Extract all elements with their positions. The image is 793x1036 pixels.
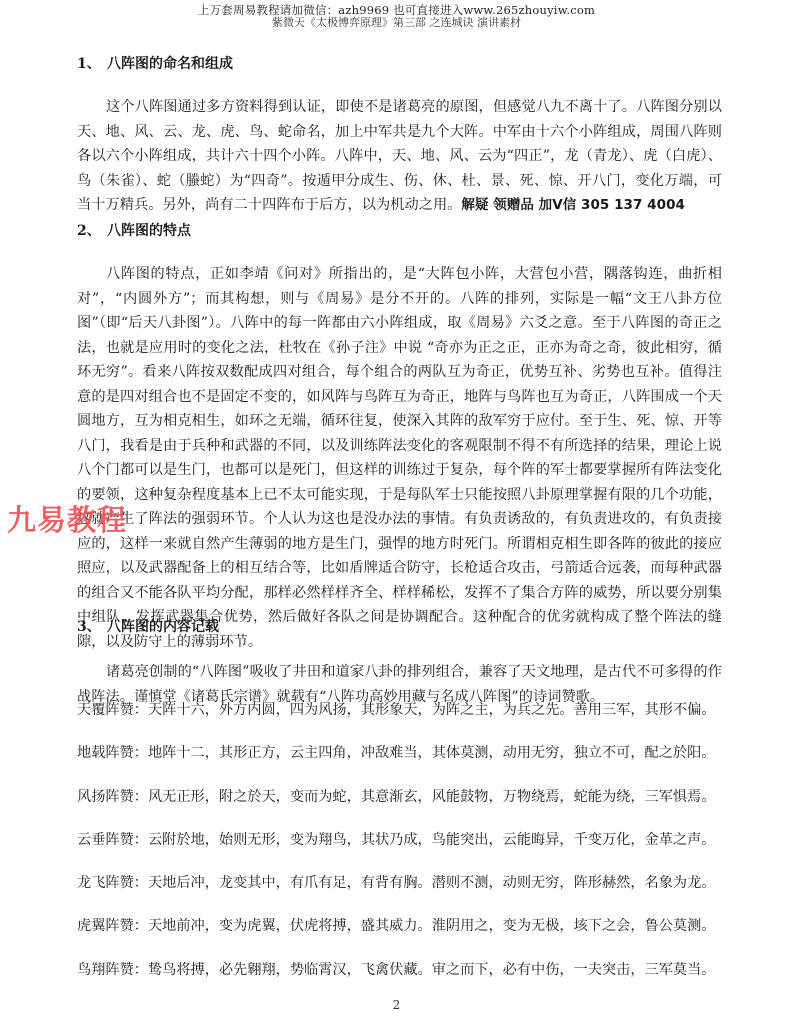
- section-heading-records: 3、八阵图的内容记载: [77, 618, 219, 636]
- verse-name: 虎翼阵赞：: [77, 918, 148, 934]
- verse-name: 风扬阵赞：: [77, 789, 148, 805]
- page-header: 上万套周易教程请加微信：azh9969 也可直接进入www.265zhouyiw…: [0, 5, 793, 28]
- paragraph-text: 这个八阵图通过多方资料得到认证，即使不是诸葛亮的原图，但感觉八九不离十了。八阵图…: [77, 99, 722, 213]
- verse-list: 天覆阵赞：天阵十六，外方内圆，四为风扬，其形象天，为阵之主，为兵之先。善用三军，…: [77, 701, 715, 1004]
- verse-name: 地载阵赞：: [77, 745, 148, 761]
- section-heading-naming: 1、八阵图的命名和组成: [77, 55, 233, 73]
- verse-tianfu: 天覆阵赞：天阵十六，外方内圆，四为风扬，其形象天，为阵之主，为兵之先。善用三军，…: [77, 701, 715, 744]
- verse-name: 鸟翔阵赞：: [77, 962, 148, 978]
- verse-dizai: 地载阵赞：地阵十二，其形正方，云主四角，冲敌难当，其体莫测，动用无穷，独立不可，…: [77, 744, 715, 787]
- section-title: 八阵图的内容记载: [107, 619, 219, 635]
- verse-text: 风无正形，附之於天，变而为蛇，其意渐玄，风能鼓物，万物绕焉，蛇能为绕，三军惧焉。: [148, 789, 716, 805]
- verse-text: 云附於地，始则无形，变为翔鸟，其状乃成，鸟能突出，云能晦异，千变万化，金革之声。: [148, 832, 716, 848]
- page-number: 2: [0, 998, 793, 1012]
- section-number: 3、: [77, 618, 107, 636]
- section-paragraph-naming: 这个八阵图通过多方资料得到认证，即使不是诸葛亮的原图，但感觉八九不离十了。八阵图…: [77, 95, 722, 218]
- verse-text: 地阵十二，其形正方，云主四角，冲敌难当，其体莫测，动用无穷，独立不可，配之於阳。: [148, 745, 716, 761]
- header-subtitle-line: 紫微天《太极博弈原理》第三部 之连城诀 演讲素材: [0, 17, 793, 28]
- watermark-logo: 九易教程: [7, 503, 127, 537]
- verse-longfei: 龙飞阵赞：天地后冲，龙变其中，有爪有足，有背有胸。潜则不测，动则无穷，阵形赫然，…: [77, 874, 715, 917]
- verse-text: 天地前冲，变为虎翼，伏虎将搏，盛其威力。淮阴用之，变为无极，垓下之会，鲁公莫测。: [148, 918, 716, 934]
- section-paragraph-features: 八阵图的特点，正如李靖《问对》所指出的，是“大阵包小阵，大营包小营，隅落钩连，曲…: [77, 262, 722, 654]
- verse-text: 天阵十六，外方内圆，四为风扬，其形象天，为阵之主，为兵之先。善用三军，其形不偏。: [148, 702, 716, 718]
- verse-text: 鸷鸟将搏，必先翱翔，势临霄汉，飞禽伏藏。审之而下，必有中伤，一夫突击，三军莫当。: [148, 962, 716, 978]
- verse-huyi: 虎翼阵赞：天地前冲，变为虎翼，伏虎将搏，盛其威力。淮阴用之，变为无极，垓下之会，…: [77, 917, 715, 960]
- section-number: 2、: [77, 222, 107, 240]
- section-heading-features: 2、八阵图的特点: [77, 222, 191, 240]
- verse-text: 天地后冲，龙变其中，有爪有足，有背有胸。潜则不测，动则无穷，阵形赫然，名象为龙。: [148, 875, 716, 891]
- section-title: 八阵图的命名和组成: [107, 56, 233, 72]
- verse-fengyang: 风扬阵赞：风无正形，附之於天，变而为蛇，其意渐玄，风能鼓物，万物绕焉，蛇能为绕，…: [77, 788, 715, 831]
- verse-name: 龙飞阵赞：: [77, 875, 148, 891]
- section-title: 八阵图的特点: [107, 223, 191, 239]
- promo-contact-text: 解疑 领赠品 加V信 305 137 4004: [461, 197, 685, 213]
- verse-name: 天覆阵赞：: [77, 702, 148, 718]
- verse-name: 云垂阵赞：: [77, 832, 148, 848]
- header-promo-line: 上万套周易教程请加微信：azh9969 也可直接进入www.265zhouyiw…: [0, 5, 793, 16]
- verse-yunchui: 云垂阵赞：云附於地，始则无形，变为翔鸟，其状乃成，鸟能突出，云能晦异，千变万化，…: [77, 831, 715, 874]
- section-number: 1、: [77, 55, 107, 73]
